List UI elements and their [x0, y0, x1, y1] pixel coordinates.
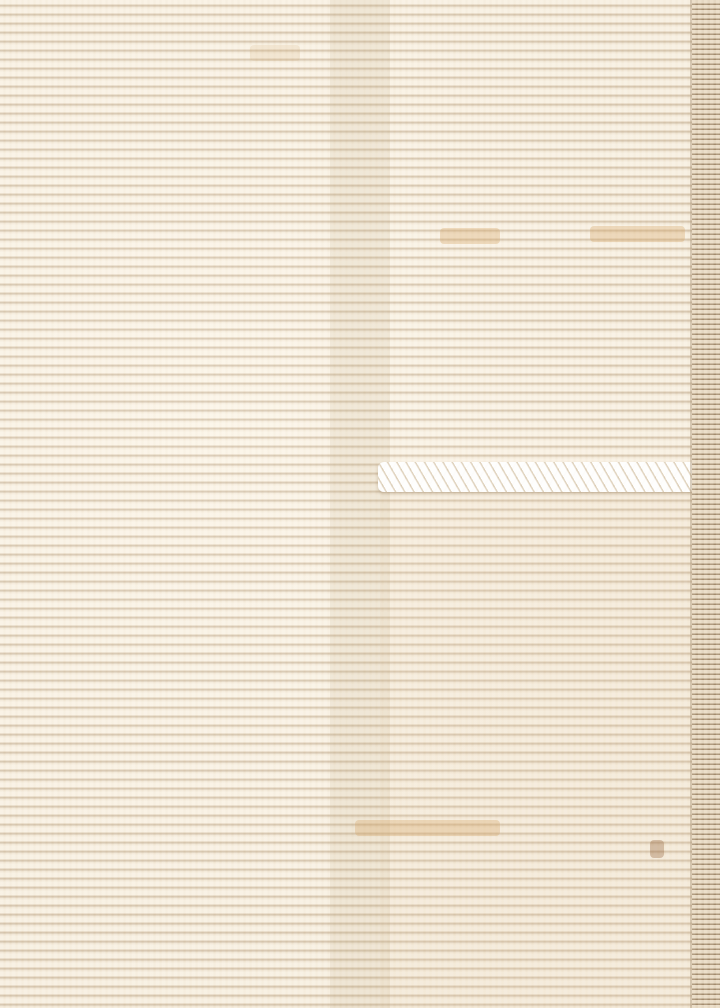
tan-streak	[440, 228, 500, 244]
tonal-panel	[380, 490, 700, 1008]
rug-texture-photo	[0, 0, 720, 1008]
tan-streak	[355, 820, 500, 836]
woven-selvedge-edge	[692, 0, 720, 1008]
brown-fleck	[650, 840, 664, 858]
tan-streak	[590, 226, 685, 242]
tan-streak	[250, 45, 300, 61]
braided-ridge	[378, 462, 720, 492]
